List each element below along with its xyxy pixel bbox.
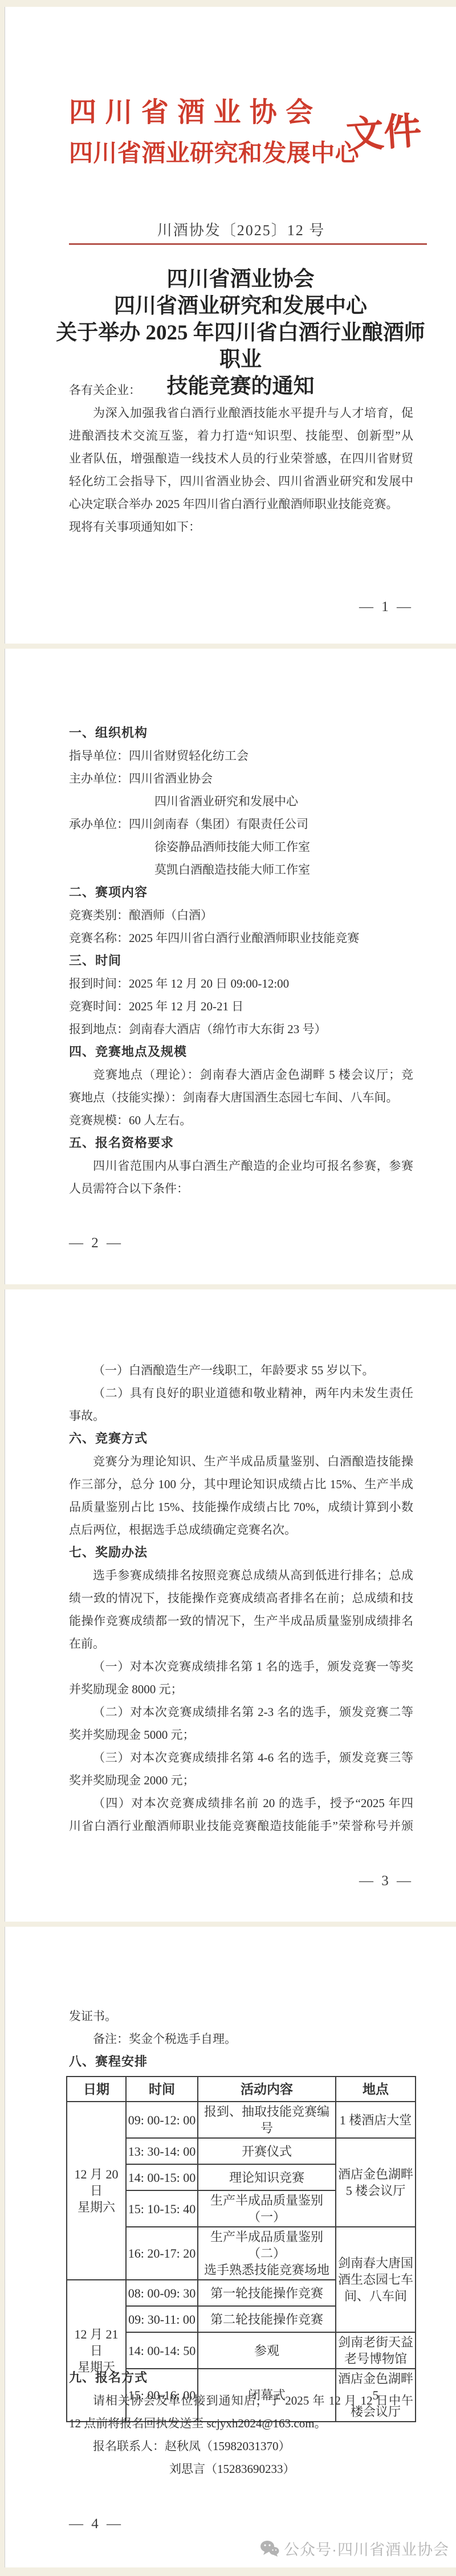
doc-line: 二、赛项内容 xyxy=(69,881,413,904)
doc-number: 川酒协发〔2025〕12 号 xyxy=(69,219,413,240)
doc-line: 竞赛分为理论知识、生产半成品质量鉴别、白酒酿造技能操 xyxy=(69,1450,413,1473)
cell-time: 09: 30-11: 00 xyxy=(126,2306,198,2332)
page1-body: 各有关企业：为深入加强我省白酒行业酿酒技能水平提升与人才培育，促进酿酒技术交流互… xyxy=(69,379,413,538)
page3-body: （一）白酒酿造生产一线职工，年龄要求 55 岁以下。（二）具有良好的职业道德和敬… xyxy=(69,1359,413,1837)
doc-line: 莫凯白酒酿造技能大师工作室 xyxy=(69,858,413,881)
doc-line: 竞赛规模：60 人左右。 xyxy=(69,1109,413,1132)
doc-line: （四）对本次竞赛成绩排名前 20 的选手，授予“2025 年四 xyxy=(69,1792,413,1815)
doc-line: 心决定联合举办 2025 年四川省白酒行业酿酒师职业技能竞赛。 xyxy=(69,493,413,515)
letterhead-org-line2: 四川省酒业研究和发展中心 xyxy=(69,134,359,169)
doc-line: 报到地点：剑南春大酒店（绵竹市大东街 23 号） xyxy=(69,1018,413,1041)
wechat-watermark: 公众号·四川省酒业协会 xyxy=(260,2537,449,2559)
page-number-2: — 2 — xyxy=(69,1235,413,1251)
doc-line: 12 点前将报名回执发送至 scjyxh2024@163.com。 xyxy=(69,2412,413,2435)
doc-line: （一）对本次竞赛成绩排名第 1 名的选手，颁发竞赛一等奖 xyxy=(69,1655,413,1678)
doc-line: 报名联系人：赵秋凤（15982031370） xyxy=(69,2435,413,2458)
doc-line: 指导单位：四川省财贸轻化纺工会 xyxy=(69,744,413,767)
doc-line: 作三部分，总分 100 分，其中理论知识成绩占比 15%、生产半成 xyxy=(69,1473,413,1496)
doc-line: 竞赛地点（理论）：剑南春大酒店金色湖畔 5 楼会议厅；竞 xyxy=(69,1063,413,1086)
cell-time: 14: 00-14: 50 xyxy=(126,2332,198,2369)
table-row: 12 月 20 日 星期六 09: 00-12: 00 报到、抽取技能竞赛编号 … xyxy=(67,2102,416,2138)
cell-activity: 理论知识竞赛 xyxy=(198,2164,336,2190)
doc-line: 五、报名资格要求 xyxy=(69,1132,413,1154)
doc-line: 赛地点（技能实操）：剑南春大唐国酒生态园七车间、八车间。 xyxy=(69,1086,413,1109)
doc-line: （一）白酒酿造生产一线职工，年龄要求 55 岁以下。 xyxy=(69,1359,413,1382)
doc-line: 各有关企业： xyxy=(69,379,413,402)
doc-line: 三、时间 xyxy=(69,949,413,972)
doc-line: 四川省范围内从事白酒生产酿造的企业均可报名参赛，参赛 xyxy=(69,1154,413,1177)
doc-line: 品质量鉴别占比 15%、技能操作成绩占比 70%，成绩计算到小数 xyxy=(69,1496,413,1518)
cell-place: 剑南春大唐国 酒生态园七车 间、八车间 xyxy=(336,2227,416,2332)
doc-line: 徐姿静品酒师技能大师工作室 xyxy=(69,836,413,858)
document-page-3: （一）白酒酿造生产一线职工，年龄要求 55 岁以下。（二）具有良好的职业道德和敬… xyxy=(5,1289,456,1922)
page-number-1: — 1 — xyxy=(69,599,413,615)
doc-line: 奖并奖励现金 5000 元； xyxy=(69,1723,413,1746)
doc-line: 人员需符合以下条件： xyxy=(69,1177,413,1200)
doc-line: （二）对本次竞赛成绩排名第 2-3 名的选手，颁发竞赛二等 xyxy=(69,1701,413,1723)
cell-activity: 生产半成品质量鉴别（二） 选手熟悉技能竞赛场地 xyxy=(198,2227,336,2280)
doc-line: 六、竞赛方式 xyxy=(69,1427,413,1450)
doc-line: 竞赛名称：2025 年四川省白酒行业酿酒师职业技能竞赛 xyxy=(69,927,413,949)
doc-line: 在前。 xyxy=(69,1632,413,1655)
cell-time: 15: 10-15: 40 xyxy=(126,2190,198,2227)
document-page-4: 发证书。备注：奖金个税选手自理。八、赛程安排 日期 时间 活动内容 地点 12 … xyxy=(5,1927,456,2567)
doc-line: 四川省酒业研究和发展中心 xyxy=(69,790,413,813)
cell-activity: 生产半成品质量鉴别（一） xyxy=(198,2190,336,2227)
doc-line: 选手参赛成绩排名按照竞赛总成绩从高到低进行排名；总成 xyxy=(69,1564,413,1587)
doc-line: （三）对本次竞赛成绩排名第 4-6 名的选手，颁发竞赛三等 xyxy=(69,1746,413,1769)
col-header-activity: 活动内容 xyxy=(198,2077,336,2102)
letterhead-divider xyxy=(69,243,427,245)
cell-place: 1 楼酒店大堂 xyxy=(336,2102,416,2138)
watermark-text: 公众号·四川省酒业协会 xyxy=(284,2537,449,2559)
cell-time: 14: 00-15: 00 xyxy=(126,2164,198,2190)
doc-line: 四、竞赛地点及规模 xyxy=(69,1041,413,1063)
col-header-date: 日期 xyxy=(67,2077,126,2102)
doc-line: 并奖励现金 8000 元； xyxy=(69,1678,413,1701)
cell-activity: 开赛仪式 xyxy=(198,2138,336,2164)
cell-activity: 第二轮技能操作竞赛 xyxy=(198,2306,336,2332)
doc-line: （二）具有良好的职业道德和敬业精神，两年内未发生责任 xyxy=(69,1382,413,1404)
cell-activity: 参观 xyxy=(198,2332,336,2369)
page2-body: 一、组织机构指导单位：四川省财贸轻化纺工会主办单位：四川省酒业协会四川省酒业研究… xyxy=(69,722,413,1200)
cell-date-day1: 12 月 20 日 星期六 xyxy=(67,2102,126,2280)
doc-line: 能操作竞赛成绩都一致的情况下，生产半成品质量鉴别成绩排名 xyxy=(69,1610,413,1632)
doc-line: 报到时间：2025 年 12 月 20 日 09:00-12:00 xyxy=(69,972,413,995)
title-line: 四川省酒业研究和发展中心 xyxy=(51,293,430,320)
doc-line: 竞赛类别：酿酒师（白酒） xyxy=(69,904,413,927)
doc-line: 奖并奖励现金 2000 元； xyxy=(69,1769,413,1792)
page4-body-top: 发证书。备注：奖金个税选手自理。八、赛程安排 xyxy=(69,2005,413,2073)
doc-line: 主办单位：四川省酒业协会 xyxy=(69,767,413,790)
doc-line: 八、赛程安排 xyxy=(69,2050,413,2073)
page-number-3: — 3 — xyxy=(69,1873,413,1889)
col-header-time: 时间 xyxy=(126,2077,198,2102)
doc-line: 竞赛时间：2025 年 12 月 20-21 日 xyxy=(69,995,413,1018)
cell-activity: 报到、抽取技能竞赛编号 xyxy=(198,2102,336,2138)
doc-line: 一、组织机构 xyxy=(69,722,413,744)
doc-line: 刘思言（15283690233） xyxy=(69,2458,413,2480)
doc-line: 轻化纺工会指导下，四川省酒业协会、四川省酒业研究和发展中 xyxy=(69,470,413,493)
doc-line: 请相关协会及单位接到通知后，于 2025 年 12 月 12 日中午 xyxy=(69,2389,413,2412)
doc-line: 现将有关事项通知如下： xyxy=(69,515,413,538)
page-number-4: — 4 — xyxy=(69,2516,413,2532)
doc-line: 承办单位：四川剑南春（集团）有限责任公司 xyxy=(69,813,413,836)
doc-line: 川省白酒行业酿酒师职业技能竞赛酿造技能能手”荣誉称号并颁 xyxy=(69,1815,413,1837)
cell-activity: 第一轮技能操作竞赛 xyxy=(198,2280,336,2306)
cell-place: 剑南老街天益 老号博物馆 xyxy=(336,2332,416,2369)
doc-line: 七、奖励办法 xyxy=(69,1541,413,1564)
table-header-row: 日期 时间 活动内容 地点 xyxy=(67,2077,416,2102)
doc-line: 为深入加强我省白酒行业酿酒技能水平提升与人才培育，促 xyxy=(69,402,413,424)
cell-time: 16: 20-17: 20 xyxy=(126,2227,198,2280)
cell-time: 09: 00-12: 00 xyxy=(126,2102,198,2138)
page4-body-bottom: 九、报名方式请相关协会及单位接到通知后，于 2025 年 12 月 12 日中午… xyxy=(69,2366,413,2480)
doc-line: 进酿酒技术交流互鉴，着力打造“知识型、技能型、创新型”从 xyxy=(69,424,413,447)
doc-line: 备注：奖金个税选手自理。 xyxy=(69,2028,413,2050)
document-page-1: 四川省酒业协会 文件 四川省酒业研究和发展中心 川酒协发〔2025〕12 号 四… xyxy=(5,7,456,644)
doc-line: 绩一致的情况下，技能操作竞赛成绩高者排名在前；总成绩和技 xyxy=(69,1587,413,1610)
title-line: 四川省酒业协会 xyxy=(51,266,430,293)
doc-line: 业者队伍，增强酿造一线技术人员的行业荣誉感，在四川省财贸 xyxy=(69,447,413,470)
cell-place: 酒店金色湖畔 5 楼会议厅 xyxy=(336,2138,416,2227)
doc-line: 发证书。 xyxy=(69,2005,413,2028)
doc-line: 事故。 xyxy=(69,1404,413,1427)
cell-time: 08: 00-09: 30 xyxy=(126,2280,198,2306)
document-page-2: 一、组织机构指导单位：四川省财贸轻化纺工会主办单位：四川省酒业协会四川省酒业研究… xyxy=(5,649,456,1284)
doc-line: 九、报名方式 xyxy=(69,2366,413,2389)
wechat-icon xyxy=(260,2540,279,2557)
letterhead-org-line1: 四川省酒业协会 xyxy=(69,90,322,129)
col-header-place: 地点 xyxy=(336,2077,416,2102)
title-line: 关于举办 2025 年四川省白酒行业酿酒师职业 xyxy=(51,320,430,373)
doc-line: 点后两位，根据选手总成绩确定竞赛名次。 xyxy=(69,1518,413,1541)
cell-time: 13: 30-14: 00 xyxy=(126,2138,198,2164)
